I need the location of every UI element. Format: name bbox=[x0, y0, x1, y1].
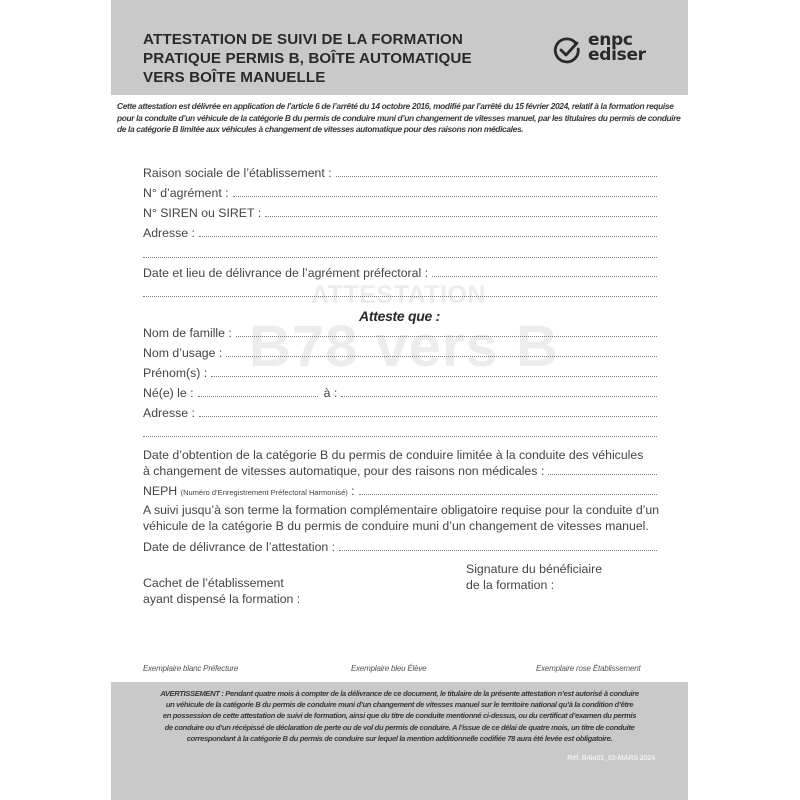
warning-line: en possession de cette attestation de su… bbox=[115, 710, 684, 721]
field-label: à : bbox=[318, 386, 342, 400]
field-label: Né(e) le : bbox=[143, 386, 198, 400]
obtention-field[interactable]: à changement de vitesses automatique, po… bbox=[143, 464, 663, 480]
adresse-beneficiaire-input[interactable] bbox=[199, 406, 657, 417]
obtention-line: Date d’obtention de la catégorie B du pe… bbox=[143, 448, 663, 464]
signature-label: Signature du bénéficiaire bbox=[466, 562, 602, 578]
field-label: Raison sociale de l’établissement : bbox=[143, 166, 336, 180]
suivi-line: A suivi jusqu’à son terme la formation c… bbox=[143, 503, 663, 519]
field-label: Nom d’usage : bbox=[143, 346, 226, 360]
field-nom-famille[interactable]: Nom de famille : bbox=[143, 326, 657, 344]
field-agrement[interactable]: N° d’agrément : bbox=[143, 186, 657, 204]
enpc-ediser-logo: enpc ediser bbox=[552, 33, 662, 73]
suivi-line: véhicule de la catégorie B du permis de … bbox=[143, 519, 663, 535]
logo-text: enpc ediser bbox=[588, 33, 646, 63]
obtention-paragraph: Date d’obtention de la catégorie B du pe… bbox=[143, 448, 663, 479]
adresse-etablissement-input[interactable] bbox=[199, 226, 657, 237]
copy-label-prefecture: Exemplaire blanc Préfecture bbox=[143, 664, 238, 673]
warning-line: correspondant à la catégorie B du permis… bbox=[115, 733, 684, 744]
lieu-naissance-input[interactable] bbox=[341, 386, 657, 397]
field-label: Prénom(s) : bbox=[143, 366, 211, 380]
signature-label: de la formation : bbox=[466, 578, 602, 594]
cachet-label: Cachet de l’établissement bbox=[143, 576, 300, 592]
field-label: Date de délivrance de l’attestation : bbox=[143, 540, 339, 554]
field-adresse-etablissement[interactable]: Adresse : bbox=[143, 226, 657, 244]
warning-text: AVERTISSEMENT : Pendant quatre mois à co… bbox=[115, 688, 684, 744]
title-line: ATTESTATION DE SUIVI DE LA FORMATION bbox=[143, 30, 523, 49]
nom-usage-input[interactable] bbox=[226, 346, 657, 357]
field-siren-siret[interactable]: N° SIREN ou SIRET : bbox=[143, 206, 657, 224]
suivi-paragraph: A suivi jusqu’à son terme la formation c… bbox=[143, 503, 663, 534]
field-naissance[interactable]: Né(e) le : à : bbox=[143, 386, 657, 404]
neph-input[interactable] bbox=[359, 484, 657, 495]
warning-line: un véhicule de la catégorie B du permis … bbox=[115, 699, 684, 710]
raison-sociale-input[interactable] bbox=[336, 166, 657, 177]
agrement-input[interactable] bbox=[233, 186, 657, 197]
cachet-etablissement-area[interactable]: Cachet de l’établissement ayant dispensé… bbox=[143, 576, 300, 607]
title-line: PRATIQUE PERMIS B, BOÎTE AUTOMATIQUE bbox=[143, 49, 523, 68]
neph-label: NEPH bbox=[143, 484, 177, 498]
date-lieu-continuation-line[interactable] bbox=[143, 295, 657, 297]
field-label: Adresse : bbox=[143, 226, 199, 240]
adresse-beneficiaire-continuation-line[interactable] bbox=[143, 435, 657, 437]
nom-famille-input[interactable] bbox=[236, 326, 657, 337]
date-lieu-agrement-input[interactable] bbox=[432, 266, 657, 277]
neph-colon: : bbox=[351, 484, 354, 498]
field-label: N° SIREN ou SIRET : bbox=[143, 206, 265, 220]
intro-paragraph: Cette attestation est délivrée en applic… bbox=[117, 101, 682, 136]
document-title: ATTESTATION DE SUIVI DE LA FORMATION PRA… bbox=[143, 30, 523, 87]
title-line: VERS BOÎTE MANUELLE bbox=[143, 68, 523, 87]
document-reference: Réf. B4io01_03-MARS 2024 bbox=[567, 753, 655, 762]
cachet-label: ayant dispensé la formation : bbox=[143, 592, 300, 608]
field-nom-usage[interactable]: Nom d’usage : bbox=[143, 346, 657, 364]
attestation-form-page: ATTESTATION DE SUIVI DE LA FORMATION PRA… bbox=[111, 0, 688, 800]
adresse-etablissement-continuation-line[interactable] bbox=[143, 256, 657, 258]
field-date-delivrance[interactable]: Date de délivrance de l’attestation : bbox=[143, 540, 657, 558]
siren-siret-input[interactable] bbox=[265, 206, 657, 217]
prenoms-input[interactable] bbox=[211, 366, 657, 377]
atteste-que-heading: Atteste que : bbox=[111, 308, 688, 324]
field-prenoms[interactable]: Prénom(s) : bbox=[143, 366, 657, 384]
field-label: NEPH (Numéro d’Enregistrement Préfectora… bbox=[143, 484, 359, 498]
signature-beneficiaire-area[interactable]: Signature du bénéficiaire de la formatio… bbox=[466, 562, 602, 593]
footer-band: AVERTISSEMENT : Pendant quatre mois à co… bbox=[111, 682, 688, 800]
copy-label-eleve: Exemplaire bleu Élève bbox=[351, 664, 426, 673]
field-adresse-beneficiaire[interactable]: Adresse : bbox=[143, 406, 657, 424]
field-label: N° d’agrément : bbox=[143, 186, 233, 200]
date-obtention-input[interactable] bbox=[548, 464, 657, 475]
field-label: Adresse : bbox=[143, 406, 199, 420]
field-label: Nom de famille : bbox=[143, 326, 236, 340]
field-neph[interactable]: NEPH (Numéro d’Enregistrement Préfectora… bbox=[143, 484, 657, 502]
date-delivrance-input[interactable] bbox=[339, 540, 657, 551]
check-circle-icon bbox=[552, 35, 582, 65]
warning-line: de conduire ou d’un récépissé de déclara… bbox=[115, 722, 684, 733]
field-raison-sociale[interactable]: Raison sociale de l’établissement : bbox=[143, 166, 657, 184]
copy-label-etablissement: Exemplaire rose Établissement bbox=[536, 664, 640, 673]
neph-sublabel: (Numéro d’Enregistrement Préfectoral Har… bbox=[181, 488, 348, 497]
field-date-lieu-agrement[interactable]: Date et lieu de délivrance de l’agrément… bbox=[143, 266, 657, 284]
logo-line-ediser: ediser bbox=[588, 48, 646, 63]
header-band: ATTESTATION DE SUIVI DE LA FORMATION PRA… bbox=[111, 0, 688, 95]
warning-line: AVERTISSEMENT : Pendant quatre mois à co… bbox=[115, 688, 684, 699]
obtention-line: à changement de vitesses automatique, po… bbox=[143, 464, 548, 480]
date-naissance-input[interactable] bbox=[198, 386, 318, 397]
field-label: Date et lieu de délivrance de l’agrément… bbox=[143, 266, 432, 280]
